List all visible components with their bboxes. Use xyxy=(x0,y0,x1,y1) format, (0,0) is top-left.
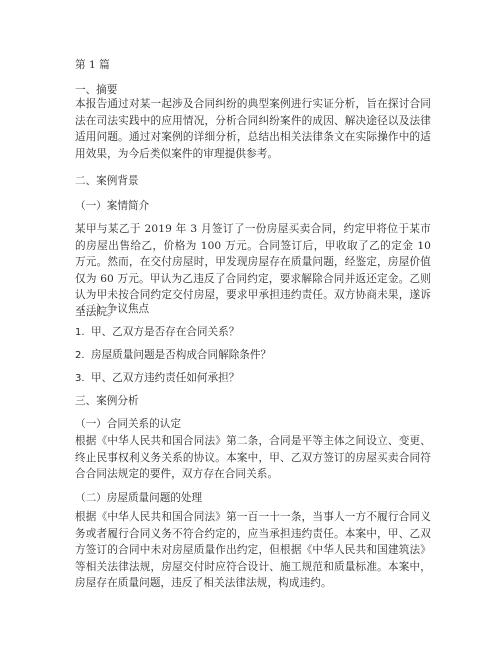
contract-relation-body: 根据《中华人民共和国合同法》第二条，合同是平等主体之间设立、变更、终止民事权利义… xyxy=(75,433,431,483)
issue-item-1: 1.甲、乙双方是否存在合同关系？ xyxy=(75,325,239,340)
background-heading: 二、案例背景 xyxy=(75,174,139,188)
abstract-heading: 一、摘要 xyxy=(75,83,117,97)
part-label: 第 1 篇 xyxy=(75,58,110,72)
quality-issue-body: 根据《中华人民共和国合同法》第一百一十一条，当事人一方不履行合同义务或者履行合同… xyxy=(75,509,431,592)
issue-item-3: 3.甲、乙双方违约责任如何承担？ xyxy=(75,371,239,386)
case-summary-heading: （一）案情简介 xyxy=(75,199,149,213)
dispute-issues-heading: （二）争议焦点 xyxy=(75,302,149,316)
issue-number: 3. xyxy=(75,372,91,386)
issue-item-2: 2.房屋质量问题是否构成合同解除条件？ xyxy=(75,348,271,363)
issue-number: 2. xyxy=(75,349,91,363)
quality-issue-heading: （二）房屋质量问题的处理 xyxy=(75,491,202,505)
issue-text: 房屋质量问题是否构成合同解除条件？ xyxy=(91,349,271,361)
issue-text: 甲、乙双方违约责任如何承担？ xyxy=(91,372,239,384)
issue-number: 1. xyxy=(75,326,91,340)
contract-relation-heading: （一）合同关系的认定 xyxy=(75,417,181,431)
issue-text: 甲、乙双方是否存在合同关系？ xyxy=(91,326,239,338)
abstract-body: 本报告通过对某一起涉及合同纠纷的典型案例进行实证分析，旨在探讨合同法在司法实践中… xyxy=(75,96,431,162)
analysis-heading: 三、案例分析 xyxy=(75,394,139,408)
